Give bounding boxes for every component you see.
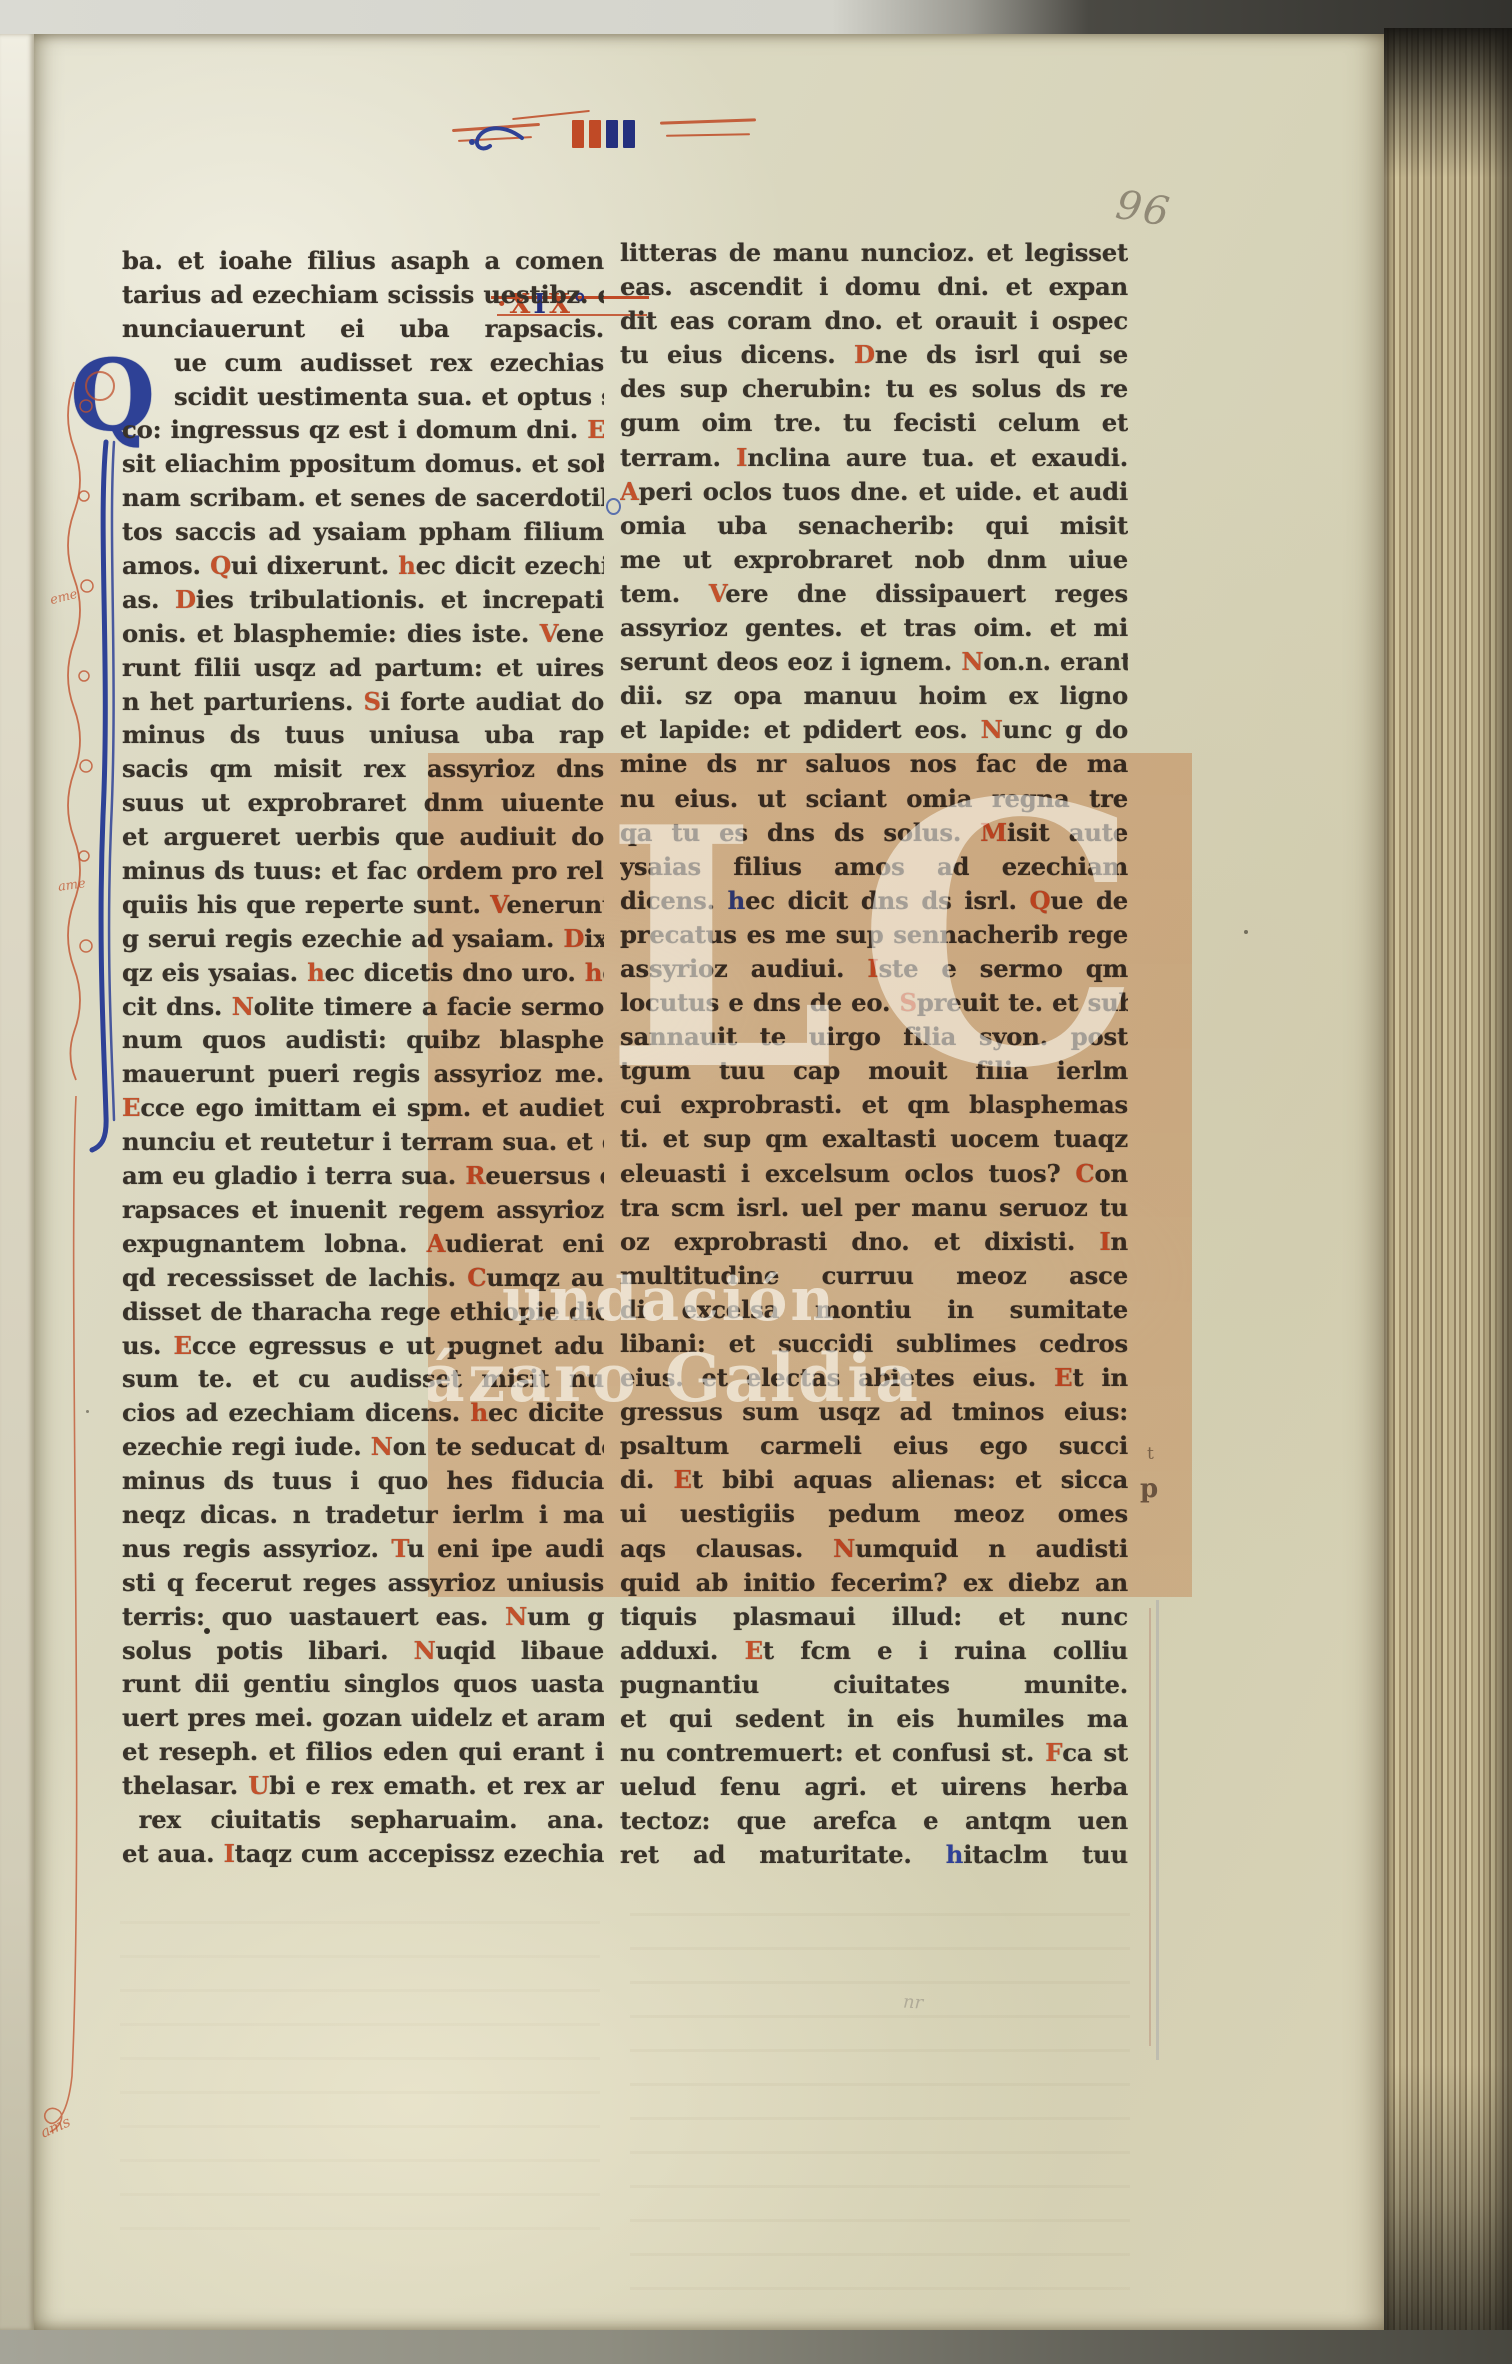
text-run: nclina aure tua. et exaudi. [747,443,1128,472]
text-line: serunt deos eoz i ignem. Non.n. erant [620,645,1128,679]
text-run: uqid libaue [436,1636,604,1665]
text-line: thelasar. Ubi e rex emath. et rex ar [122,1769,604,1803]
text-run: cit dns. [122,992,232,1021]
rubricated-letter: D [175,585,196,614]
text-line: dii. sz opa manuu hoim ex ligno [620,679,1128,713]
book-fore-edge-pages [1384,28,1512,2364]
text-run: qz eis ysaias. [122,958,307,987]
text-run: cios ad ezechiam dicens. [122,1398,470,1427]
rubricated-letter: D [854,340,875,369]
text-run: dii. sz opa manuu hoim ex ligno [620,681,1128,710]
scan-background-top [0,0,1512,34]
manuscript-photo: 96 ·XIX° Q ba. et ioahe filius asaph a c… [0,0,1512,2364]
text-line: amos. Qui dixerunt. hec dicit ezechi [122,549,604,583]
text-run: nam scribam. et senes de sacerdotibz op [122,483,604,512]
rubricated-letter: U [248,1771,269,1800]
text-line: nam scribam. et senes de sacerdotibz op [122,481,604,515]
text-line: tiquis plasmaui illud: et nunc [620,1600,1128,1634]
text-run: taqz cum accepissz ezechias [235,1839,604,1868]
text-run: am eu gladio i terra sua. [122,1161,465,1190]
rubricated-letter: E [174,1331,192,1360]
text-line: terram. Inclina aure tua. et exaudi. [620,441,1128,475]
text-run: tem. [620,579,709,608]
text-run: dit eas coram dno. et orauit i ospec [620,306,1128,335]
text-run: nunciauerunt ei uba rapsacis. [122,314,604,343]
text-run: minus ds tuus uniusa uba rap [122,720,604,749]
rubricated-letter: E [745,1636,763,1665]
text-line: runt filii usqz ad partum: et uires [122,651,604,685]
text-line: pugnantiu ciuitates munite. [620,1668,1128,1702]
text-line: gum oim tre. tu fecisti celum et [620,406,1128,440]
text-run: ret ad maturitate. [620,1840,946,1869]
text-line: assyrioz gentes. et tras oim. et mi [620,611,1128,645]
text-line: et lapide: et pdidert eos. Nunc g do [620,713,1128,747]
ink-speck [1244,930,1248,934]
text-run: i forte audiat do [381,687,604,716]
text-run: solus potis libari. [122,1636,414,1665]
text-line: tectoz: que arefca e antqm uen [620,1804,1128,1838]
text-line: phad. rex ciuitatis sepharuaim. ana. [122,1803,604,1837]
header-flourish-line [666,133,750,136]
text-run: et qui sedent in eis humiles ma [620,1704,1128,1733]
ink-speck [86,1410,89,1413]
text-line: ret ad maturitate. hitaclm tuu [620,1838,1128,1872]
text-run: me ut exprobraret nob dnm uiue [620,545,1128,574]
margin-note: nr [902,1991,923,2013]
text-line: dit eas coram dno. et orauit i ospec [620,304,1128,338]
text-line: Aperi oclos tuos dne. et uide. et audi [620,475,1128,509]
header-numeral-bar [589,120,601,148]
text-run: ui dixerunt. [231,551,398,580]
header-numeral-bar [572,120,584,148]
text-run: ies tribulationis. et increpati [196,585,604,614]
text-line: sit eliachim ppositum domus. et sob [122,447,604,481]
text-run: serunt deos eoz i ignem. [620,647,961,676]
text-line: eas. ascendit i domu dni. et expan [620,270,1128,304]
text-run: expugnantem lobna. [122,1229,427,1258]
header-curl-icon [464,116,534,160]
text-line: tarius ad ezechiam scissis uestibz. et [122,278,604,312]
rubricated-letter: T [391,1534,407,1563]
text-run: terris: quo uastauert eas. [122,1602,505,1631]
text-run: litteras de manu nuncioz. et legisset [620,238,1128,267]
text-run: phad. rex ciuitatis sepharuaim. ana. [122,1805,604,1834]
rubricated-letter: I [736,443,747,472]
text-line: onis. et blasphemie: dies iste. Vene [122,617,604,651]
text-line: ba. et ioahe filius asaph a comen [122,244,604,278]
text-run: tarius ad ezechiam scissis uestibz. et [122,280,604,309]
text-run: n het parturiens. [122,687,364,716]
rubricated-letter: N [371,1432,393,1461]
text-run: qd recessisset de lachis. [122,1263,467,1292]
text-run: uert pres mei. gozan uidelz et aram. [122,1703,604,1732]
rubricated-letter: V [540,619,556,648]
facing-page-edge [0,34,34,2330]
text-run: ene [556,619,604,648]
text-run: ec dicit ezechi [416,551,604,580]
rubricated-letter: A [620,477,639,506]
text-line: litteras de manu nuncioz. et legisset [620,236,1128,270]
text-run: ezechie regi iude. [122,1432,371,1461]
rubricated-letter: N [961,647,983,676]
text-run: nu contremuert: et confusi st. [620,1738,1045,1767]
scan-background-bottom [0,2330,1512,2364]
text-line: tu eius dicens. Dne ds isrl qui se [620,338,1128,372]
text-line: nu contremuert: et confusi st. Fca st [620,1736,1128,1770]
text-run: as. [122,585,175,614]
rubricated-letter: h [398,551,415,580]
text-run: tos saccis ad ysaiam ppham filium [122,517,604,546]
text-run: et reseph. et filios eden qui erant i [122,1737,604,1766]
text-run: tiquis plasmaui illud: et nunc [620,1602,1128,1631]
text-line: et qui sedent in eis humiles ma [620,1702,1128,1736]
text-run: tectoz: que arefca e antqm uen [620,1806,1128,1835]
text-run: omia uba senacherib: qui misit [620,511,1128,540]
rubricated-letter: h [307,958,324,987]
text-line: ue cum audisset rex ezechias [122,346,604,380]
text-run: tu eius dicens. [620,340,854,369]
text-run: scidit uestimenta sua. et optus sac [174,382,604,411]
text-run: assyrioz gentes. et tras oim. et mi [620,613,1128,642]
rubricated-letter: S [364,687,381,716]
ink-speck [204,1628,210,1634]
watermark-text-fragment: ázaro Galdia [428,1339,921,1417]
rubricated-letter: N [232,992,254,1021]
text-line: solus potis libari. Nuqid libaue [122,1634,604,1668]
text-run: uelud fenu agri. et uirens herba [620,1772,1128,1801]
text-line: n het parturiens. Si forte audiat do [122,685,604,719]
text-run: pugnantiu ciuitates munite. [620,1670,1128,1699]
text-line: uert pres mei. gozan uidelz et aram. [122,1701,604,1735]
text-run: t fcm e i ruina colliu [763,1636,1128,1665]
text-run: us. [122,1331,174,1360]
text-run: bi e rex emath. et rex ar [269,1771,604,1800]
rubricated-letter: V [709,579,725,608]
text-run: nus regis assyrioz. [122,1534,391,1563]
text-run: runt filii usqz ad partum: et uires [122,653,604,682]
text-run: itaclm tuu [963,1840,1128,1869]
text-run: adduxi. [620,1636,745,1665]
rubricated-letter: N [505,1602,527,1631]
text-run: co: ingressus qz est i domum dni. [122,415,587,444]
text-line: des sup cherubin: tu es solus ds re [620,372,1128,406]
text-line: nunciauerunt ei uba rapsacis. [122,312,604,346]
running-header [452,98,772,162]
text-run: eas. ascendit i domu dni. et expan [620,272,1128,301]
rubricated-letter: F [1045,1738,1062,1767]
text-run: ere dne dissipauert reges [725,579,1128,608]
text-run: terram. [620,443,736,472]
header-numeral-bar [606,120,618,148]
rubricated-letter: I [224,1839,235,1868]
watermark-letter: L [604,799,836,1099]
text-line: minus ds tuus uniusa uba rap [122,718,604,752]
text-line: tos saccis ad ysaiam ppham filium [122,515,604,549]
text-run: des sup cherubin: tu es solus ds re [620,374,1128,403]
text-run: et aua. [122,1839,224,1868]
text-line: et aua. Itaqz cum accepissz ezechias [122,1837,604,1871]
text-line: scidit uestimenta sua. et optus sac [122,380,604,414]
folio-number: 96 [1113,182,1174,236]
text-run: onis. et blasphemie: dies iste. [122,619,540,648]
text-run: runt dii gentiu singlos quos uasta [122,1669,604,1698]
text-run: peri oclos tuos dne. et uide. et audi [639,477,1128,506]
bleed-through-line [1149,1608,1151,2046]
text-run: on.n. erant [983,647,1128,676]
header-numeral [572,120,635,148]
rubricated-letter: E [122,1093,140,1122]
text-line: adduxi. Et fcm e i ruina colliu [620,1634,1128,1668]
text-line: tem. Vere dne dissipauert reges [620,577,1128,611]
rubricated-letter: N [981,715,1003,744]
text-run: unc g do [1003,715,1128,744]
text-run: amos. [122,551,210,580]
text-run: ca st [1062,1738,1128,1767]
text-line: as. Dies tribulationis. et increpati [122,583,604,617]
text-line: uelud fenu agri. et uirens herba [620,1770,1128,1804]
text-line: runt dii gentiu singlos quos uasta [122,1667,604,1701]
text-line: co: ingressus qz est i domum dni. Et mi [122,413,604,447]
text-line: et reseph. et filios eden qui erant i [122,1735,604,1769]
paraph-mark-icon [606,498,621,515]
watermark-letter: C [856,771,1143,1101]
text-run: gum oim tre. tu fecisti celum et [620,408,1128,437]
header-flourish-line [660,118,756,124]
text-run: ba. et ioahe filius asaph a comen [122,246,604,275]
text-run: et lapide: et pdidert eos. [620,715,981,744]
library-watermark: L C undación ázaro Galdia [428,753,1192,1597]
text-line: terris: quo uastauert eas. Num g [122,1600,604,1634]
rubricated-letter: E [587,415,604,444]
header-numeral-bar [623,120,635,148]
rubricated-letter: N [414,1636,436,1665]
rubricated-letter: Q [210,551,231,580]
bleed-through-line [1156,1600,1159,2060]
text-line: omia uba senacherib: qui misit [620,509,1128,543]
text-run: um g [527,1602,604,1631]
watermark-text-fragment: undación [502,1265,837,1335]
text-line: me ut exprobraret nob dnm uiue [620,543,1128,577]
text-run: ne ds isrl qui se [875,340,1128,369]
text-run: ue cum audisset rex ezechias [174,348,604,377]
text-run: thelasar. [122,1771,248,1800]
text-run: sit eliachim ppositum domus. et sob [122,449,604,478]
rubricated-letter: h [946,1840,963,1869]
